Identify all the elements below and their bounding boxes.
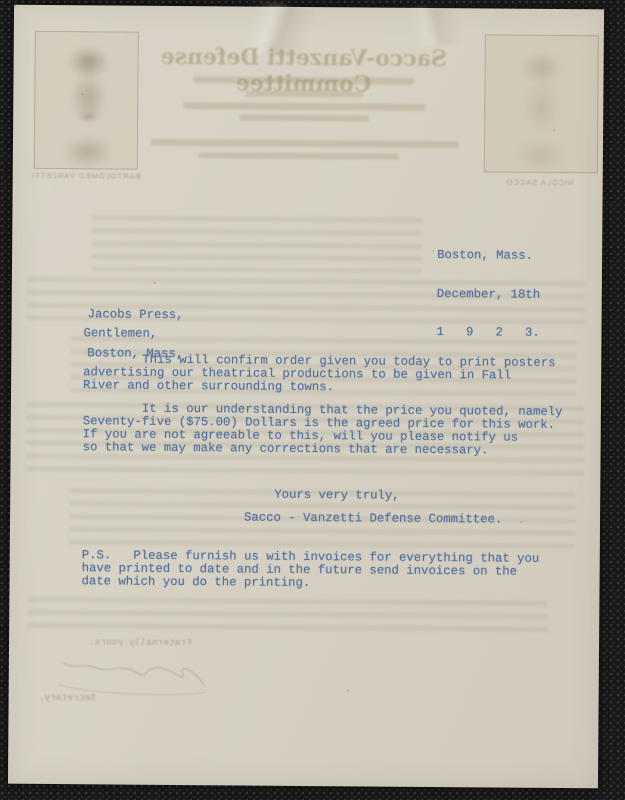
letterhead-ghost-line [245, 91, 363, 98]
vanzetti-caption-ghost: BARTOLOMEO VANZETTI [31, 171, 141, 181]
dateline-year: 1 9 2 3. [436, 326, 539, 340]
sacco-portrait-ghost [484, 34, 599, 173]
dateline-city: Boston, Mass. [437, 249, 540, 263]
portrait-face-ghost [485, 35, 598, 172]
letterhead-ghost-line [239, 114, 369, 121]
letterhead-ghost-line [199, 152, 399, 160]
bleedthrough-text-band [27, 597, 547, 639]
vanzetti-portrait-ghost [34, 31, 139, 170]
dateline: Boston, Mass. December, 18th 1 9 2 3. [436, 223, 540, 366]
photo-dark-background: Sacco-Vanzetti Defense Committee BARTOLO… [0, 0, 625, 800]
letter-page: Sacco-Vanzetti Defense Committee BARTOLO… [8, 5, 604, 789]
body-paragraph-2: It is our understanding that the price y… [83, 402, 563, 457]
organization-signature: Sacco - Vanzetti Defense Committee. [244, 512, 502, 527]
paper-stains [14, 5, 16, 7]
portrait-face-ghost [35, 32, 138, 169]
body-paragraph-1: This will confirm order given you today … [83, 353, 556, 395]
dateline-day: December, 18th [437, 288, 540, 302]
bleedthrough-closing: Fraternally yours. [89, 636, 192, 648]
letterhead-ghost-line [183, 102, 425, 111]
complimentary-closing: Yours very truly, [274, 489, 400, 503]
postscript: P.S. Please furnish us with invoices for… [81, 549, 539, 591]
letterhead-ghost-line [151, 139, 459, 148]
salutation: Gentlemen, [83, 327, 157, 340]
bleedthrough-signer-title: Secretary. [39, 692, 96, 703]
bleedthrough-text-band [92, 215, 422, 273]
sacco-caption-ghost: NICOLA SACCO [481, 177, 599, 187]
recipient-name: Jacobs Press, [88, 308, 184, 322]
